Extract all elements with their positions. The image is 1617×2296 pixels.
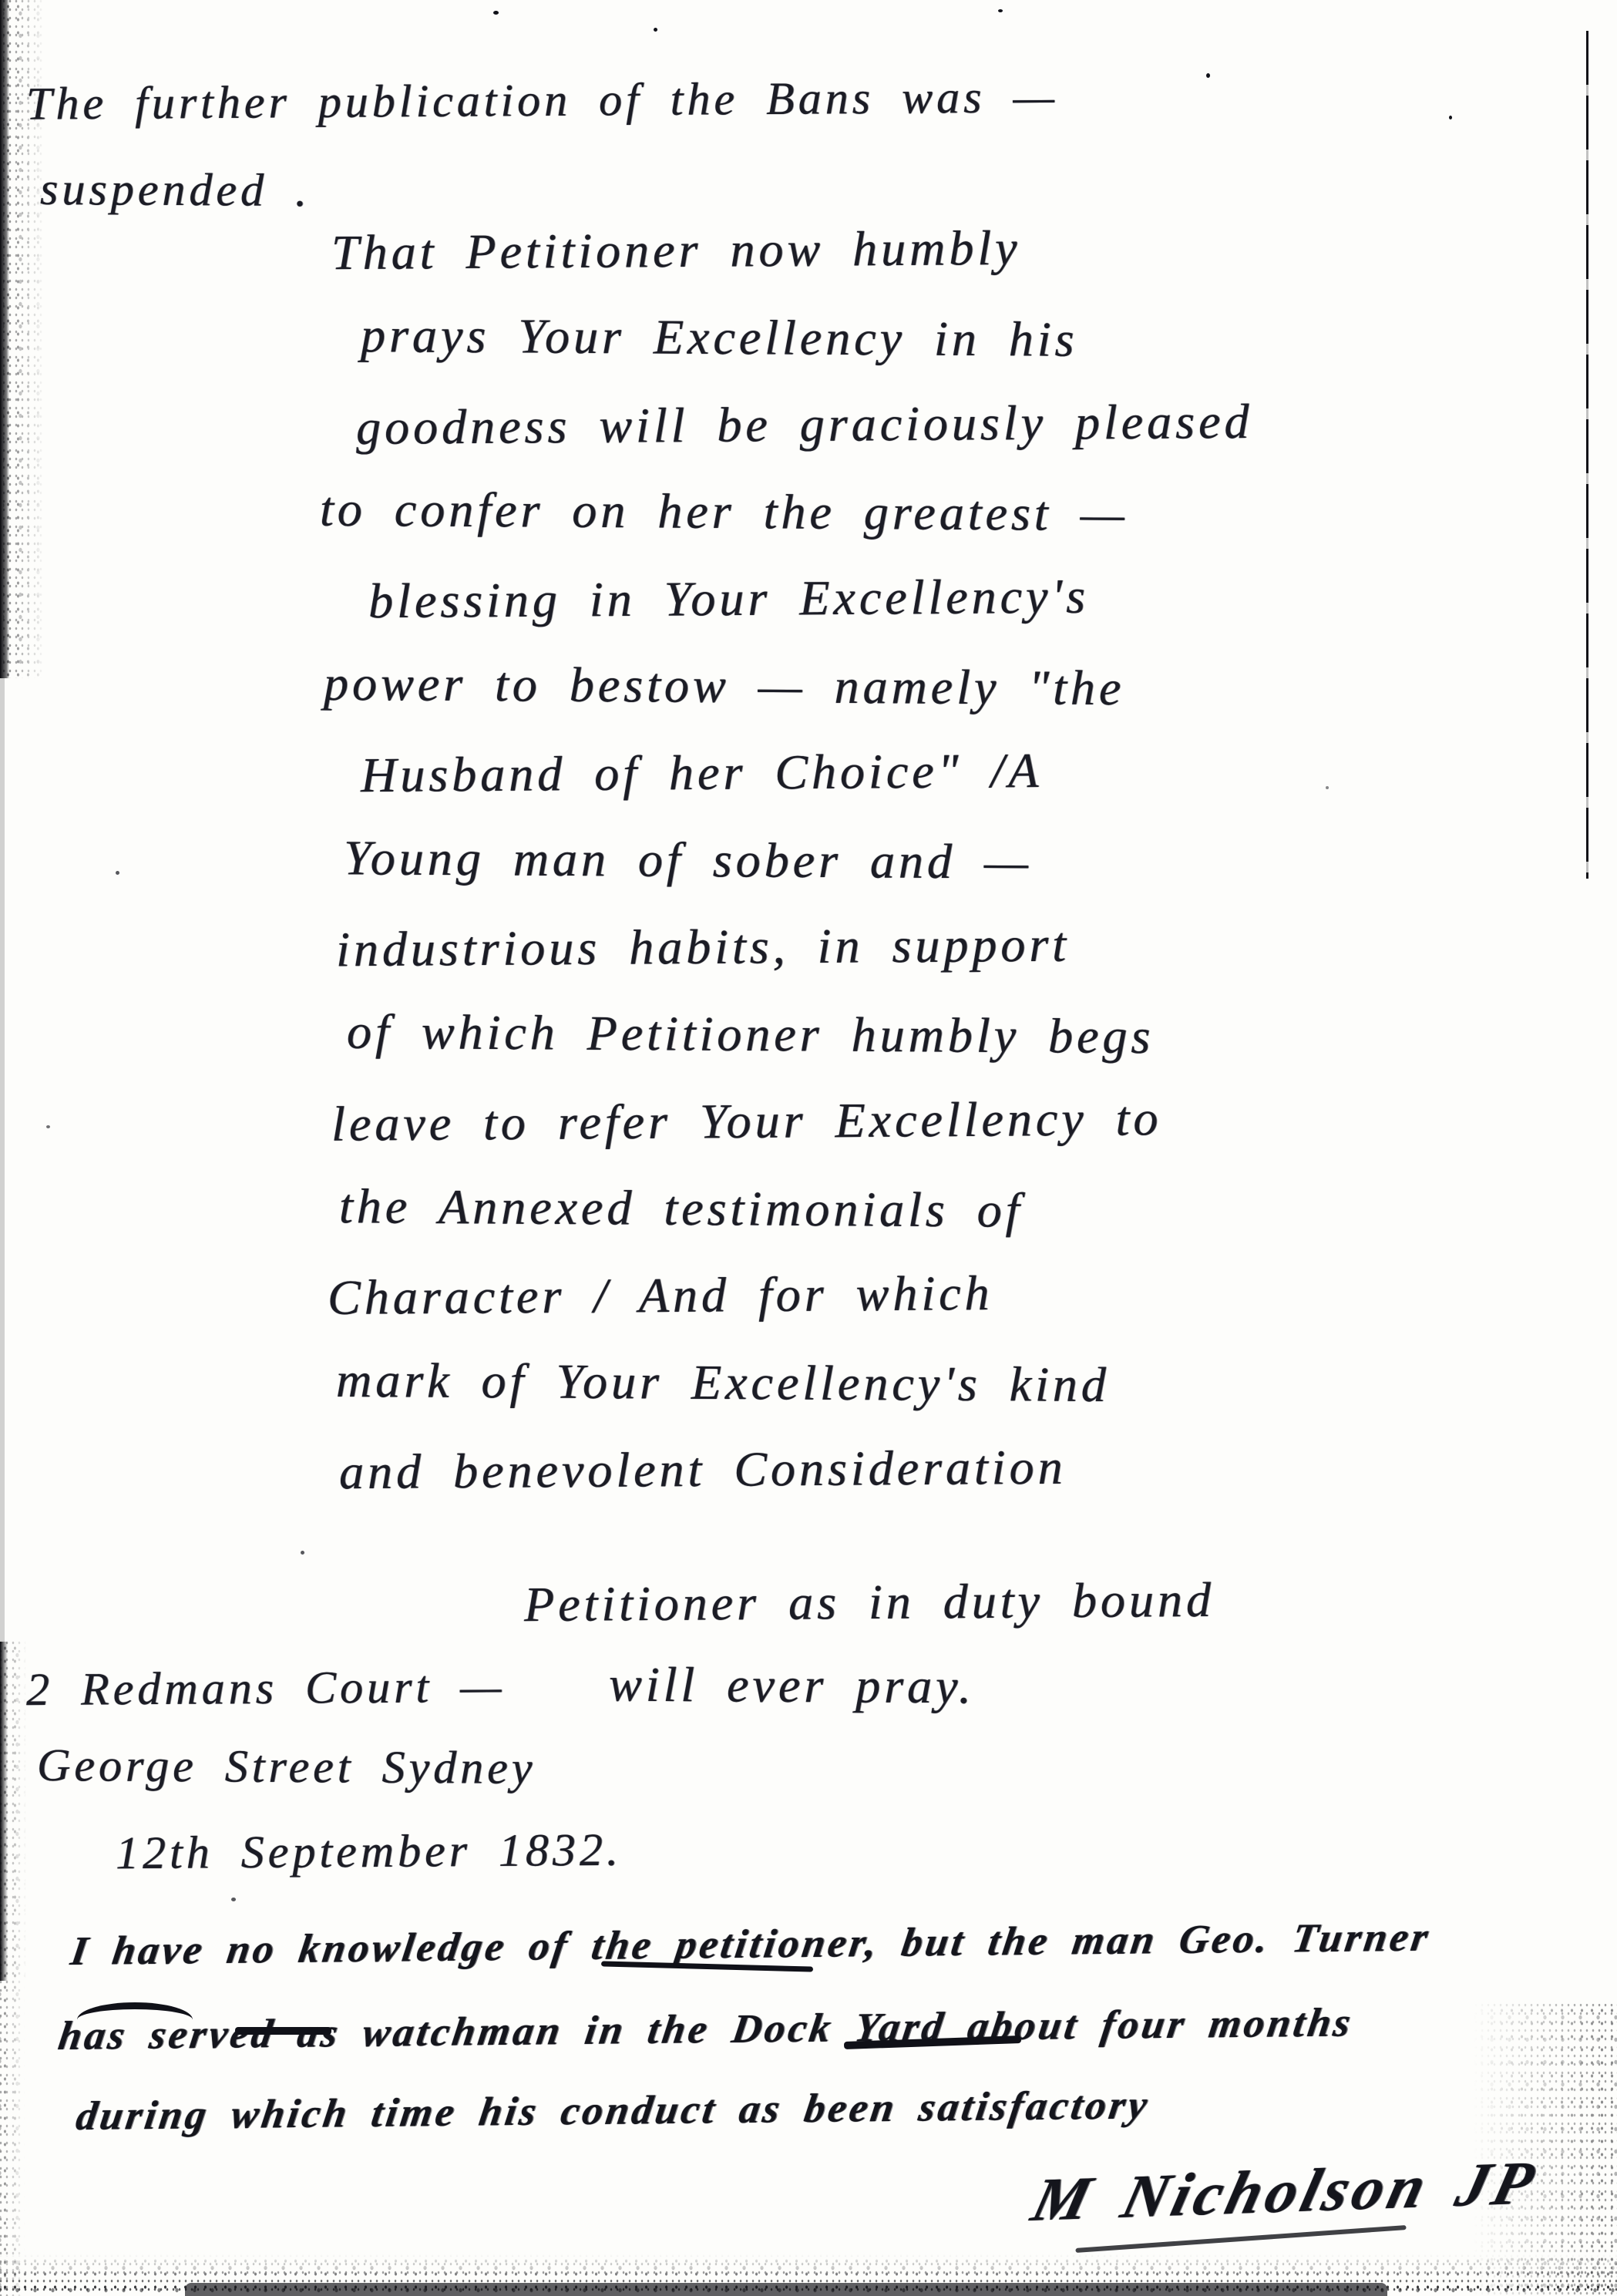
scan-edge-artifact [0,1981,26,2296]
ink-speck [1206,73,1210,78]
endorsement-line-3: during which time his conduct as been sa… [73,2082,1153,2140]
ink-speck [654,28,657,32]
closing-line-1: Petitioner as in duty bound [524,1572,1215,1633]
address-line-2: George Street Sydney [37,1739,536,1795]
margin-note-line-1: The further publication of the Bans was … [26,70,1058,130]
body-line-14: mark of Your Excellency's kind [336,1352,1110,1414]
ink-speck [998,9,1003,12]
ink-speck [1326,786,1329,789]
body-line-13: Character / And for which [328,1265,993,1326]
scan-edge-artifact [0,2254,1617,2296]
scanned-petition-page: The further publication of the Bans was … [0,0,1617,2296]
scan-edge-artifact [0,678,5,1642]
body-line-6: power to bestow — namely "the [324,655,1125,717]
closing-line-2: will ever pray. [609,1656,975,1716]
body-line-4: to confer on her the greatest — [320,481,1128,543]
body-line-9: industrious habits, in support [336,916,1070,979]
scan-edge-artifact [185,2283,1387,2296]
endorsement-line-1: I have no knowledge of the petitioner, b… [68,1914,1434,1975]
scan-edge-artifact [0,1642,28,1981]
date-line: 12th September 1832. [116,1824,622,1881]
body-line-5: blessing in Your Excellency's [368,568,1089,630]
body-line-7: Husband of her Choice" /A [361,742,1043,804]
scan-edge-artifact [0,0,9,678]
ink-speck [231,1898,236,1901]
magistrate-signature: M Nicholson JP [1025,2149,1545,2236]
body-line-1: That Petitioner now humbly [331,220,1021,281]
ink-speck [116,871,119,875]
body-line-3: goodness will be graciously pleased [356,393,1253,456]
ink-speck [493,11,499,15]
ink-speck [301,1551,304,1555]
body-line-10: of which Petitioner humbly begs [347,1003,1155,1065]
margin-note-line-2: suspended . [40,163,311,217]
page-edge-line [1586,31,1588,879]
body-line-2: prays Your Excellency in his [361,307,1078,368]
body-line-11: leave to refer Your Excellency to [331,1090,1162,1153]
ink-speck [46,1125,50,1128]
body-line-12: the Annexed testimonials of [339,1178,1024,1239]
address-line-1: 2 Redmans Court — [26,1660,506,1716]
body-line-8: Young man of sober and — [344,829,1032,890]
body-line-15: and benevolent Consideration [339,1439,1067,1501]
endorsement-line-2: has served as watchman in the Dock Yard … [55,1999,1356,2059]
scan-edge-artifact [0,1642,8,1981]
ink-speck [1449,116,1452,119]
